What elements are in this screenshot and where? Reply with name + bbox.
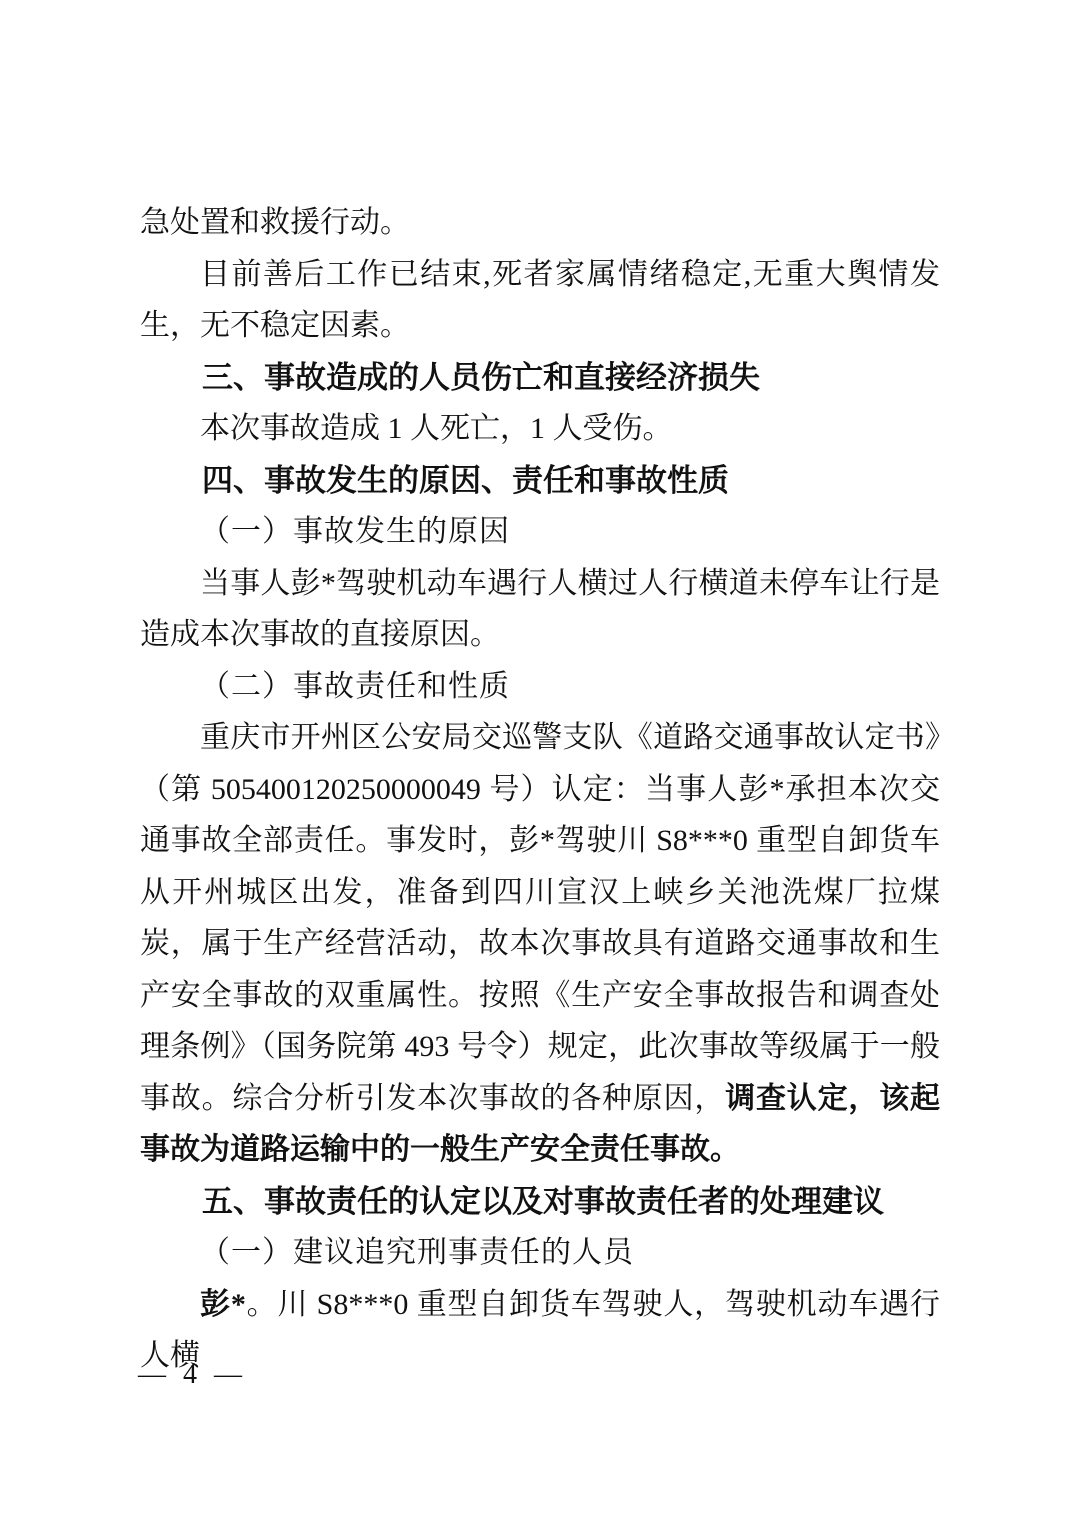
text-run: （一）建议追究刑事责任的人员 [200, 1236, 634, 1269]
emphasis-text-run: 三、事故造成的人员伤亡和直接经济损失 [202, 360, 760, 395]
body-paragraph: 目前善后工作已结束,死者家属情绪稳定,无重大舆情发生，无不稳定因素。 [140, 249, 940, 352]
text-run: （二）事故责任和性质 [200, 670, 510, 703]
text-run: 目前善后工作已结束,死者家属情绪稳定,无重大舆情发生，无不稳定因素。 [140, 258, 940, 343]
text-run: 重庆市开州区公安局交巡警支队《道路交通事故认定书》（第 505400120250… [140, 721, 940, 1115]
text-run: 急处置和救援行动。 [140, 206, 410, 239]
section-heading: 三、事故造成的人员伤亡和直接经济损失 [140, 352, 940, 404]
footer-dash-left: — [138, 1358, 166, 1392]
text-run: 。川 S8***0 重型自卸货车驾驶人，驾驶机动车遇行人横 [140, 1288, 940, 1373]
text-run: （一）事故发生的原因 [200, 515, 510, 548]
document-body: 急处置和救援行动。目前善后工作已结束,死者家属情绪稳定,无重大舆情发生，无不稳定… [140, 197, 940, 1382]
footer-dash-right: — [214, 1358, 242, 1392]
emphasis-text-run: 彭* [200, 1288, 246, 1321]
section-heading: 五、事故责任的认定以及对事故责任者的处理建议 [140, 1176, 940, 1228]
text-run: 当事人彭*驾驶机动车遇行人横过人行横道未停车让行是造成本次事故的直接原因。 [140, 567, 940, 652]
body-paragraph: 重庆市开州区公安局交巡警支队《道路交通事故认定书》（第 505400120250… [140, 712, 940, 1176]
document-page: 急处置和救援行动。目前善后工作已结束,死者家属情绪稳定,无重大舆情发生，无不稳定… [0, 0, 1074, 1520]
text-run: 本次事故造成 1 人死亡，1 人受伤。 [200, 412, 673, 445]
sub-heading: （一）事故发生的原因 [140, 506, 940, 558]
page-number: 4 [183, 1358, 197, 1392]
section-heading: 四、事故发生的原因、责任和事故性质 [140, 455, 940, 507]
sub-heading: （二）事故责任和性质 [140, 661, 940, 713]
body-paragraph: 彭*。川 S8***0 重型自卸货车驾驶人，驾驶机动车遇行人横 [140, 1279, 940, 1382]
emphasis-text-run: 四、事故发生的原因、责任和事故性质 [202, 463, 729, 498]
body-paragraph: 当事人彭*驾驶机动车遇行人横过人行横道未停车让行是造成本次事故的直接原因。 [140, 558, 940, 661]
body-paragraph: 本次事故造成 1 人死亡，1 人受伤。 [140, 403, 940, 455]
page-footer: — 4 — [138, 1358, 242, 1392]
sub-heading: （一）建议追究刑事责任的人员 [140, 1227, 940, 1279]
body-paragraph: 急处置和救援行动。 [140, 197, 940, 249]
emphasis-text-run: 五、事故责任的认定以及对事故责任者的处理建议 [202, 1184, 884, 1219]
